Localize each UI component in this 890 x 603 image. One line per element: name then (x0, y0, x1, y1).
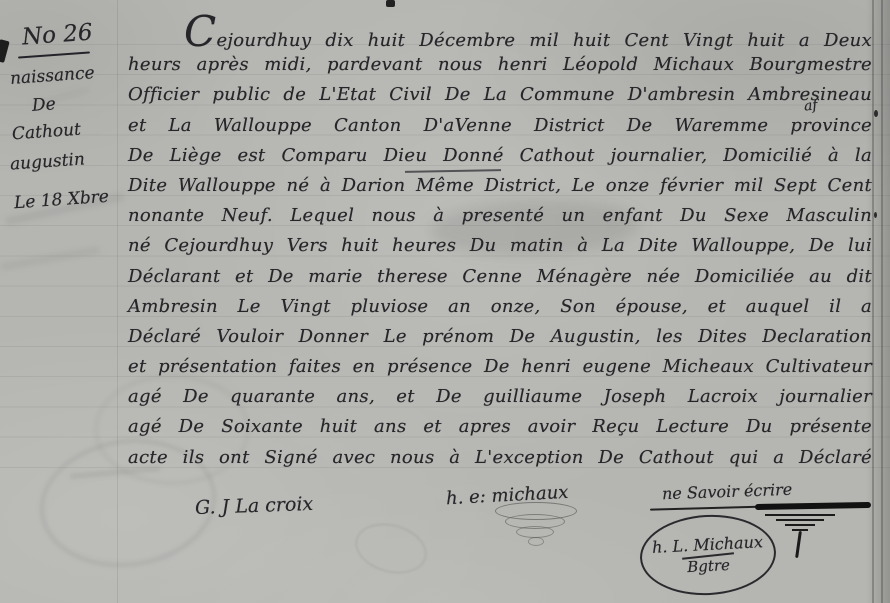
body-line: et présentation faites en présence De he… (128, 352, 872, 382)
bleed-through-ghost (350, 516, 432, 580)
margin-label-firstname: augustin (9, 149, 85, 174)
body-line: acte ils ont Signé avec nous à L'excepti… (128, 443, 872, 473)
bleed-through-ghost (0, 246, 100, 270)
illiteracy-note: ne Savoir écrire (662, 480, 793, 504)
margin-date: Le 18 Xbre (13, 187, 109, 214)
body-line: De Liège est Comparu Dieu Donné Cathout … (128, 141, 872, 171)
act-text-block: Cejourdhuy dix huit Décembre mil huit Ce… (128, 20, 872, 473)
officer-signature-name: h. L. Michaux (652, 532, 764, 557)
body-line: et La Wallouppe Canton D'aVenne District… (128, 111, 872, 141)
flourish-funnel (765, 514, 835, 516)
flourish-funnel (795, 531, 802, 558)
edge-ink-mark (874, 212, 877, 218)
flourish-funnel (785, 524, 815, 526)
margin-label-de: De (31, 94, 56, 116)
margin-label-surname: Cathout (11, 120, 81, 145)
margin-act-number: No 26 (21, 20, 93, 51)
flourish-underline (755, 502, 871, 510)
edge-ink-mark (874, 110, 878, 117)
interlinear-insertion: af (803, 97, 818, 114)
flourish-underline (650, 505, 772, 510)
body-line: agé De quarante ans, et De guilliaume Jo… (128, 382, 872, 412)
body-line: Déclaré Vouloir Donner Le prénom De Augu… (128, 322, 872, 352)
register-page: No 26 naissance De Cathout augustin Le 1… (0, 0, 890, 603)
body-line: heurs après midi, pardevant nous henri L… (128, 50, 872, 80)
margin-rule-line (117, 0, 118, 603)
body-line: nonante Neuf. Lequel nous à presenté un … (128, 201, 872, 231)
body-line: né Cejourdhuy Vers huit heures Du matin … (128, 231, 872, 261)
body-line: Cejourdhuy dix huit Décembre mil huit Ce… (128, 20, 872, 50)
binding-streak (881, 0, 883, 603)
flourish-funnel (776, 519, 824, 521)
margin-label-naissance: naissance (9, 63, 95, 89)
officer-signature-title: Bgtre (687, 556, 731, 576)
body-line: Ambresin Le Vingt pluviose an onze, Son … (128, 292, 872, 322)
body-line: agé De Soixante huit ans et apres avoir … (128, 412, 872, 442)
binding-streak (872, 0, 874, 603)
bourgmestre-signature-oval: h. L. Michaux Bgtre (638, 511, 778, 598)
signature-lacroix: G. J La croix (195, 493, 314, 519)
body-line: Déclarant et De marie therese Cenne Ména… (128, 262, 872, 292)
body-line: Officier public de L'Etat Civil De La Co… (128, 80, 872, 110)
flourish-spiral (528, 537, 544, 546)
body-line: Dite Wallouppe né à Darion Même District… (128, 171, 872, 201)
edge-ink-mark (0, 39, 10, 63)
edge-ink-mark (386, 0, 395, 7)
margin-number-underline (18, 51, 90, 58)
